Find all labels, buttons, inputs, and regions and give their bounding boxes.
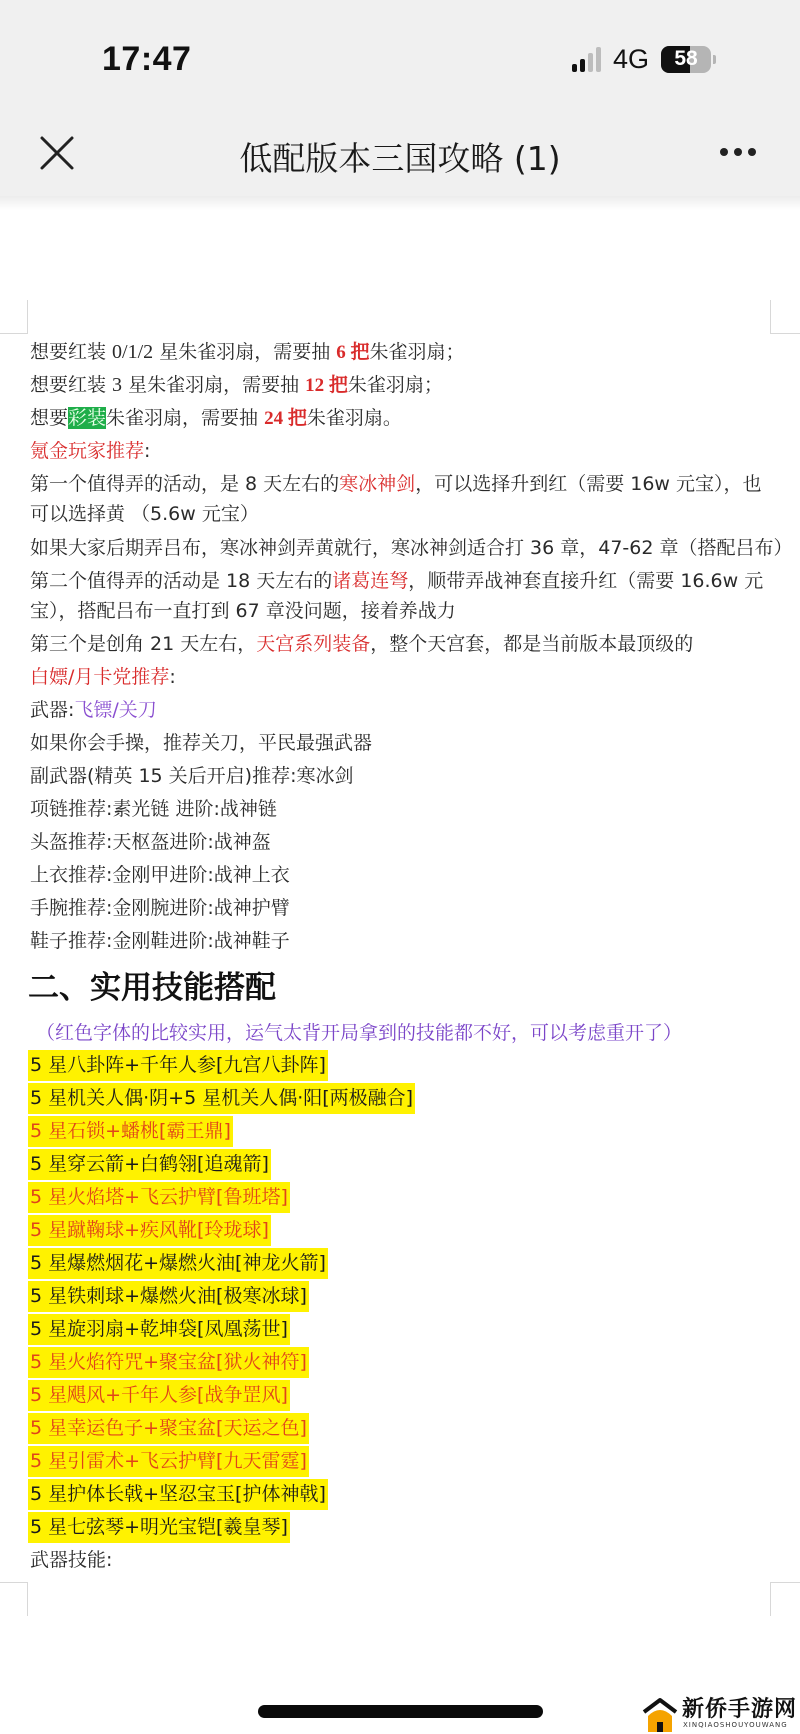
doc-line-10: 第三个是创角 21 天左右，天宫系列装备，整个天宫套，都是当前版本最顶级的 — [30, 630, 693, 658]
doc-line-6: 可以选择黄 （5.6w 元宝） — [30, 500, 259, 528]
more-dot — [734, 148, 742, 156]
skill-combo-recommended: 5 星石锁+蟠桃[霸王鼎] — [28, 1116, 233, 1147]
app-header: 17:47 4G 58 低配版本三国攻略 (1) — [0, 0, 800, 205]
skills-note: （红色字体的比较实用，运气太背开局拿到的技能都不好，可以考虑重开了） — [36, 1018, 682, 1045]
network-type: 4G — [613, 44, 649, 75]
page-corner-top-right — [770, 300, 800, 334]
section-label: 氪金玩家推荐 — [30, 440, 144, 462]
section-whale-players: 氪金玩家推荐: — [30, 437, 150, 465]
highlight-count: 6 把 — [336, 342, 369, 363]
doc-line-8: 第二个值得弄的活动是 18 天左右的诸葛连弩，顺带弄战神套直接升红（需要 16.… — [30, 567, 763, 595]
skill-combo-recommended: 5 星飓风+千年人参[战争罡风] — [28, 1380, 290, 1411]
text: 朱雀羽扇； — [370, 341, 465, 363]
skill-combo: 5 星机关人偶·阴+5 星机关人偶·阳[两极融合] — [28, 1083, 415, 1114]
text: 手腕推荐:金刚腕进阶:战神护臂 — [30, 897, 290, 919]
more-horizontal-icon — [720, 148, 728, 156]
text: 星朱雀羽扇，需要抽 — [122, 374, 305, 396]
text: 朱雀羽扇。 — [307, 407, 402, 429]
skill-combo-recommended: 5 星蹴鞠球+疾风靴[玲珑球] — [28, 1215, 271, 1246]
more-options-button[interactable] — [720, 140, 764, 164]
house-logo-icon — [640, 1694, 680, 1734]
header-shadow — [0, 196, 800, 210]
signal-icon — [572, 46, 601, 72]
text: ，整个天宫套，都是当前版本最顶级的 — [370, 633, 693, 655]
text: 想要红装 — [30, 341, 112, 363]
doc-line-7: 如果大家后期弄吕布，寒冰神剑弄黄就行，寒冰神剑适合打 36 章，47-62 章（… — [30, 534, 793, 562]
doc-line-18: 手腕推荐:金刚腕进阶:战神护臂 — [30, 894, 290, 922]
green-highlight: 彩装 — [68, 407, 106, 429]
watermark-title: 新侨手游网 — [682, 1692, 797, 1723]
weapon-skills-label: 武器技能: — [30, 1546, 112, 1574]
text: ，顺带弄战神套直接升红（需要 16.6w 元 — [408, 570, 763, 592]
text: 鞋子推荐:金刚鞋进阶:战神鞋子 — [30, 930, 290, 952]
section-heading-skills: 二、实用技能搭配 — [28, 962, 276, 1007]
battery-level: 58 — [661, 47, 711, 71]
battery-cap — [713, 55, 716, 64]
text: 朱雀羽扇，需要抽 — [106, 407, 264, 429]
item-name: 天宫系列装备 — [256, 633, 370, 655]
highlight-count: 24 把 — [264, 408, 307, 429]
text: 宝），搭配吕布一直打到 67 章没问题，接着养战力 — [30, 600, 456, 622]
status-indicators: 4G 58 — [572, 44, 716, 74]
text: 星朱雀羽扇，需要抽 — [153, 341, 336, 363]
text: 第三个是创角 21 天左右， — [30, 633, 256, 655]
page-corner-top-left — [0, 300, 28, 334]
skill-combo-recommended: 5 星火焰塔+飞云护臂[鲁班塔] — [28, 1182, 290, 1213]
watermark-subtitle: XINQIAOSHOUYOUWANG — [683, 1721, 788, 1729]
text: : — [144, 440, 150, 462]
text: 朱雀羽扇； — [348, 374, 443, 396]
site-watermark: 新侨手游网 XINQIAOSHOUYOUWANG — [640, 1694, 800, 1734]
text: 可以选择黄 （5.6w 元宝） — [30, 503, 259, 525]
doc-line-2: 想要红装 3 星朱雀羽扇，需要抽 12 把朱雀羽扇； — [30, 371, 443, 400]
weapon-names: 飞镖/关刀 — [74, 699, 156, 721]
text: 想要红装 — [30, 374, 112, 396]
document-title: 低配版本三国攻略 (1) — [0, 133, 800, 180]
skill-combo: 5 星铁刺球+爆燃火油[极寒冰球] — [28, 1281, 309, 1312]
home-indicator[interactable] — [258, 1705, 543, 1718]
skill-combo: 5 星七弦琴+明光宝铠[羲皇琴] — [28, 1512, 290, 1543]
text: 第一个值得弄的活动，是 8 天左右的 — [30, 473, 339, 495]
text: 头盔推荐:天枢盔进阶:战神盔 — [30, 831, 271, 853]
doc-line-13: 如果你会手操，推荐关刀，平民最强武器 — [30, 729, 372, 757]
skill-combo-recommended: 5 星引雷术+飞云护臂[九天雷霆] — [28, 1446, 309, 1477]
doc-line-3: 想要彩装朱雀羽扇，需要抽 24 把朱雀羽扇。 — [30, 404, 402, 433]
skill-combo-recommended: 5 星幸运色子+聚宝盆[天运之色] — [28, 1413, 309, 1444]
text: : — [169, 666, 175, 688]
page-corner-bottom-right — [770, 1582, 800, 1616]
doc-line-14: 副武器(精英 15 关后开启)推荐:寒冰剑 — [30, 762, 353, 790]
section-label: 白嫖/月卡党推荐 — [30, 666, 169, 688]
battery-icon: 58 — [661, 46, 711, 73]
page-corner-bottom-left — [0, 1582, 28, 1616]
item-name: 寒冰神剑 — [339, 473, 415, 495]
skill-combo: 5 星穿云箭+白鹤翎[追魂箭] — [28, 1149, 271, 1180]
skill-combo: 5 星旋羽扇+乾坤袋[凤凰荡世] — [28, 1314, 290, 1345]
section-free-players: 白嫖/月卡党推荐: — [30, 663, 176, 691]
item-name: 诸葛连弩 — [332, 570, 408, 592]
skill-combo: 5 星八卦阵+千年人参[九宫八卦阵] — [28, 1050, 328, 1081]
doc-line-12: 武器:飞镖/关刀 — [30, 696, 157, 724]
text: 项链推荐:素光链 进阶:战神链 — [30, 798, 277, 820]
skill-combo: 5 星爆燃烟花+爆燃火油[神龙火箭] — [28, 1248, 328, 1279]
text: 0/1/2 — [112, 341, 153, 363]
doc-line-1: 想要红装 0/1/2 星朱雀羽扇，需要抽 6 把朱雀羽扇； — [30, 338, 465, 367]
doc-line-15: 项链推荐:素光链 进阶:战神链 — [30, 795, 277, 823]
skill-combo-recommended: 5 星火焰符咒+聚宝盆[狱火神符] — [28, 1347, 309, 1378]
skill-combo: 5 星护体长戟+坚忍宝玉[护体神戟] — [28, 1479, 328, 1510]
text: 如果你会手操，推荐关刀，平民最强武器 — [30, 732, 372, 754]
text: 副武器(精英 15 关后开启)推荐:寒冰剑 — [30, 765, 353, 787]
highlight-count: 12 把 — [305, 375, 348, 396]
doc-line-19: 鞋子推荐:金刚鞋进阶:战神鞋子 — [30, 927, 290, 955]
text: 想要 — [30, 407, 68, 429]
doc-line-16: 头盔推荐:天枢盔进阶:战神盔 — [30, 828, 271, 856]
text: 第二个值得弄的活动是 18 天左右的 — [30, 570, 332, 592]
doc-line-17: 上衣推荐:金刚甲进阶:战神上衣 — [30, 861, 290, 889]
text: ，可以选择升到红（需要 16w 元宝），也 — [415, 473, 761, 495]
more-dot — [748, 148, 756, 156]
doc-line-9: 宝），搭配吕布一直打到 67 章没问题，接着养战力 — [30, 597, 456, 625]
text: 如果大家后期弄吕布，寒冰神剑弄黄就行，寒冰神剑适合打 36 章，47-62 章（… — [30, 537, 793, 559]
doc-line-5: 第一个值得弄的活动，是 8 天左右的寒冰神剑，可以选择升到红（需要 16w 元宝… — [30, 470, 761, 498]
text: 上衣推荐:金刚甲进阶:战神上衣 — [30, 864, 290, 886]
text: 武器: — [30, 699, 74, 721]
status-time: 17:47 — [102, 40, 191, 79]
text: 3 — [112, 374, 122, 396]
